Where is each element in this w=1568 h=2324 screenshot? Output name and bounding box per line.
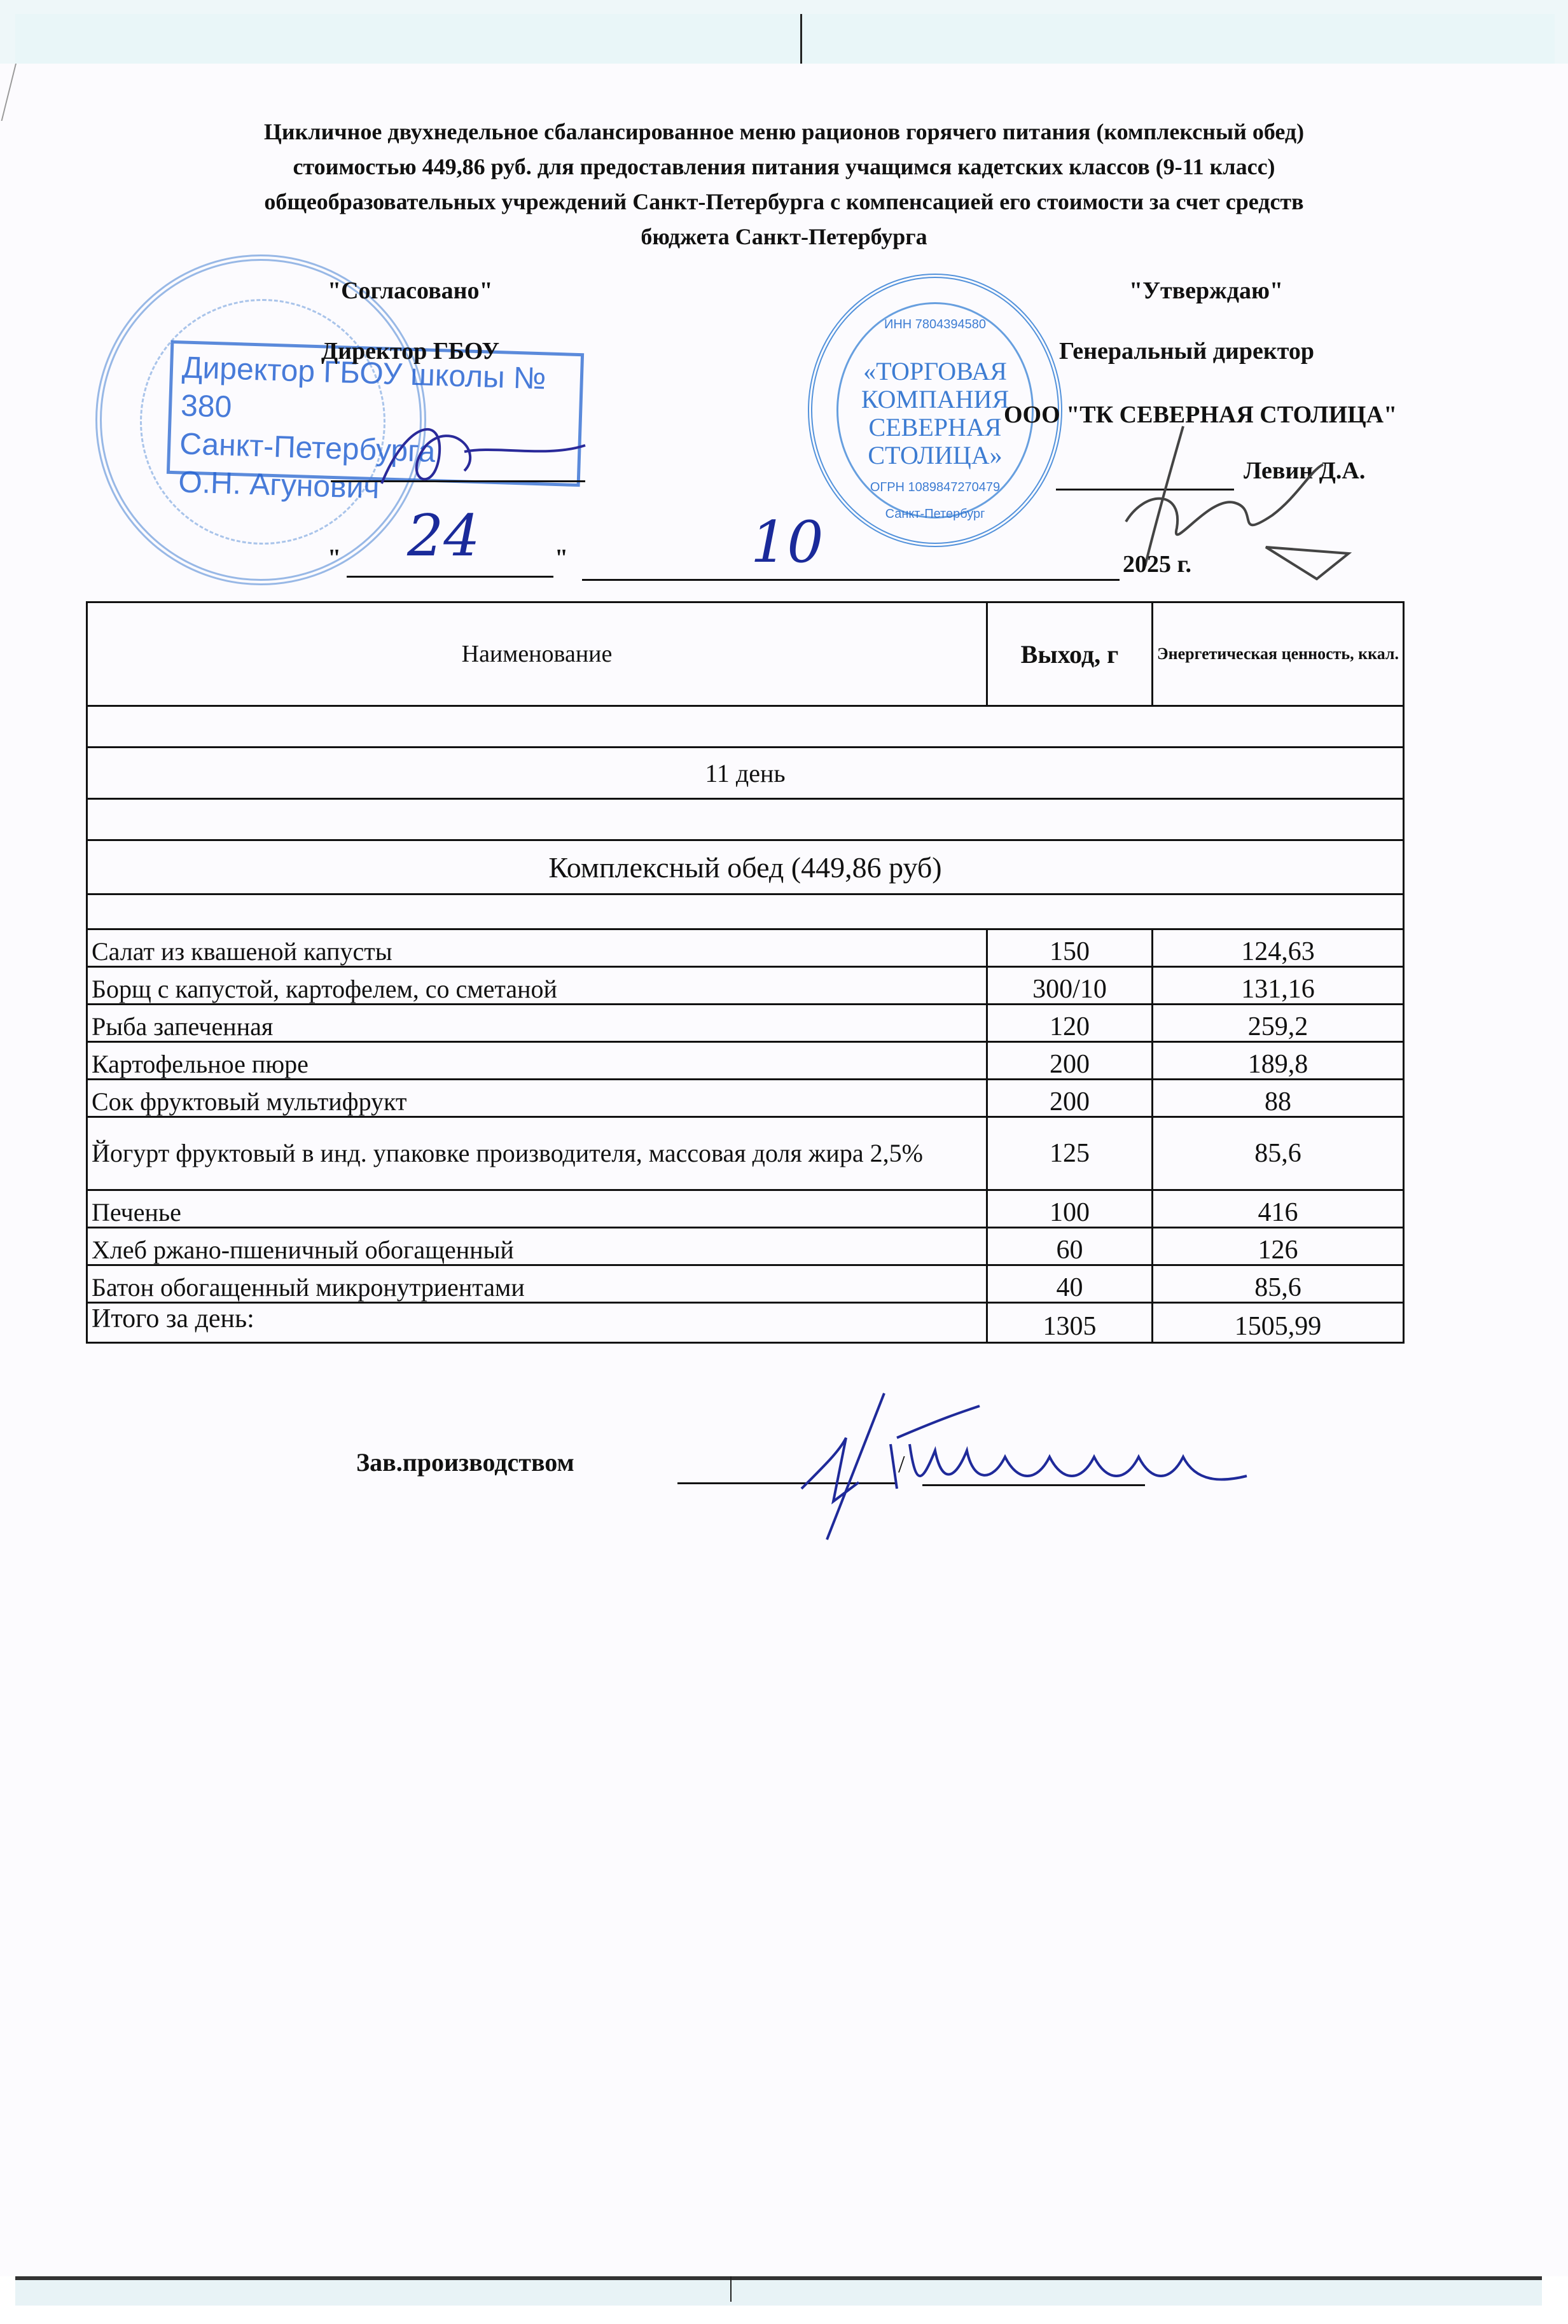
date-year: 2025 г.: [1123, 550, 1191, 578]
dish-output: 200: [987, 1042, 1153, 1080]
table-row: Сок фруктовый мультифрукт 200 88: [87, 1080, 1404, 1117]
dish-energy: 126: [1153, 1228, 1404, 1265]
date-day: 24: [407, 503, 480, 569]
dish-name: Йогурт фруктовый в инд. упаковке произво…: [87, 1117, 987, 1190]
dish-energy: 259,2: [1153, 1005, 1404, 1042]
scan-top-edge: [0, 0, 1568, 64]
dish-energy: 85,6: [1153, 1265, 1404, 1303]
dish-energy: 189,8: [1153, 1042, 1404, 1080]
total-output: 1305: [987, 1303, 1153, 1343]
approve-heading: "Утверждаю": [1129, 277, 1283, 305]
dish-output: 300/10: [987, 967, 1153, 1005]
dish-name: Борщ с капустой, картофелем, со сметаной: [87, 967, 987, 1005]
agreed-heading: "Согласовано": [328, 277, 493, 305]
header-energy: Энергетическая ценность, ккал.: [1153, 602, 1404, 706]
meal-label: Комплексный обед (449,86 руб): [87, 840, 1404, 894]
seal-ogrn: ОГРН 1089847270479: [812, 480, 1058, 495]
header-output: Выход, г: [987, 602, 1153, 706]
seal-city: Санкт-Петербург: [812, 507, 1058, 522]
table-row: Печенье 100 416: [87, 1190, 1404, 1228]
seal-inn: ИНН 7804394580: [812, 317, 1058, 332]
dish-output: 100: [987, 1190, 1153, 1228]
header-name: Наименование: [87, 602, 987, 706]
scan-fold-line: [800, 14, 802, 64]
day-label: 11 день: [87, 748, 1404, 799]
title-line: общеобразовательных учреждений Санкт-Пет…: [0, 184, 1568, 219]
dish-name: Салат из квашеной капусты: [87, 929, 987, 967]
title-line: бюджета Санкт-Петербурга: [0, 219, 1568, 254]
dish-output: 40: [987, 1265, 1153, 1303]
table-row: Йогурт фруктовый в инд. упаковке произво…: [87, 1117, 1404, 1190]
dish-energy: 131,16: [1153, 967, 1404, 1005]
date-open-quote: ": [328, 544, 341, 572]
blank-row: [87, 894, 1404, 929]
table-row: Рыба запеченная 120 259,2: [87, 1005, 1404, 1042]
dish-name: Батон обогащенный микронутриентами: [87, 1265, 987, 1303]
table-row: Батон обогащенный микронутриентами 40 85…: [87, 1265, 1404, 1303]
date-month-line: [582, 579, 1120, 581]
dish-output: 150: [987, 929, 1153, 967]
blank-row: [87, 706, 1404, 748]
title-line: Цикличное двухнедельное сбалансированное…: [0, 115, 1568, 150]
document-title: Цикличное двухнедельное сбалансированное…: [0, 115, 1568, 254]
title-line: стоимостью 449,86 руб. для предоставлени…: [0, 150, 1568, 184]
menu-table: Наименование Выход, г Энергетическая цен…: [86, 601, 1405, 1344]
total-energy: 1505,99: [1153, 1303, 1404, 1343]
dish-output: 60: [987, 1228, 1153, 1265]
dish-output: 120: [987, 1005, 1153, 1042]
dish-energy: 124,63: [1153, 929, 1404, 967]
day-row: 11 день: [87, 748, 1404, 799]
table-row: Салат из квашеной капусты 150 124,63: [87, 929, 1404, 967]
table-header-row: Наименование Выход, г Энергетическая цен…: [87, 602, 1404, 706]
scan-bottom-edge: [0, 2276, 1568, 2324]
table-row: Хлеб ржано-пшеничный обогащенный 60 126: [87, 1228, 1404, 1265]
date-close-quote: ": [555, 544, 568, 572]
scan-left-edge: [1, 64, 17, 121]
date-month: 10: [751, 509, 824, 576]
scan-fold-line: [730, 2276, 732, 2302]
table-row: Борщ с капустой, картофелем, со сметаной…: [87, 967, 1404, 1005]
dish-name: Печенье: [87, 1190, 987, 1228]
scan-shade: [15, 2276, 1542, 2306]
scan-shade: [15, 14, 1555, 64]
table-row: Картофельное пюре 200 189,8: [87, 1042, 1404, 1080]
dish-name: Сок фруктовый мультифрукт: [87, 1080, 987, 1117]
date-day-line: [347, 576, 553, 578]
production-manager-signature: [751, 1387, 1355, 1565]
dish-energy: 85,6: [1153, 1117, 1404, 1190]
dish-energy: 88: [1153, 1080, 1404, 1117]
dish-name: Хлеб ржано-пшеничный обогащенный: [87, 1228, 987, 1265]
dish-output: 200: [987, 1080, 1153, 1117]
total-row: Итого за день: 1305 1505,99: [87, 1303, 1404, 1343]
dish-name: Рыба запеченная: [87, 1005, 987, 1042]
total-label: Итого за день:: [87, 1303, 987, 1343]
production-manager-label: Зав.производством: [356, 1447, 574, 1477]
blank-row: [87, 799, 1404, 840]
dish-energy: 416: [1153, 1190, 1404, 1228]
director-signature: [356, 407, 598, 503]
meal-row: Комплексный обед (449,86 руб): [87, 840, 1404, 894]
agreed-position: Директор ГБОУ: [321, 337, 499, 365]
dish-output: 125: [987, 1117, 1153, 1190]
dish-name: Картофельное пюре: [87, 1042, 987, 1080]
approve-position: Генеральный директор: [1059, 337, 1314, 365]
